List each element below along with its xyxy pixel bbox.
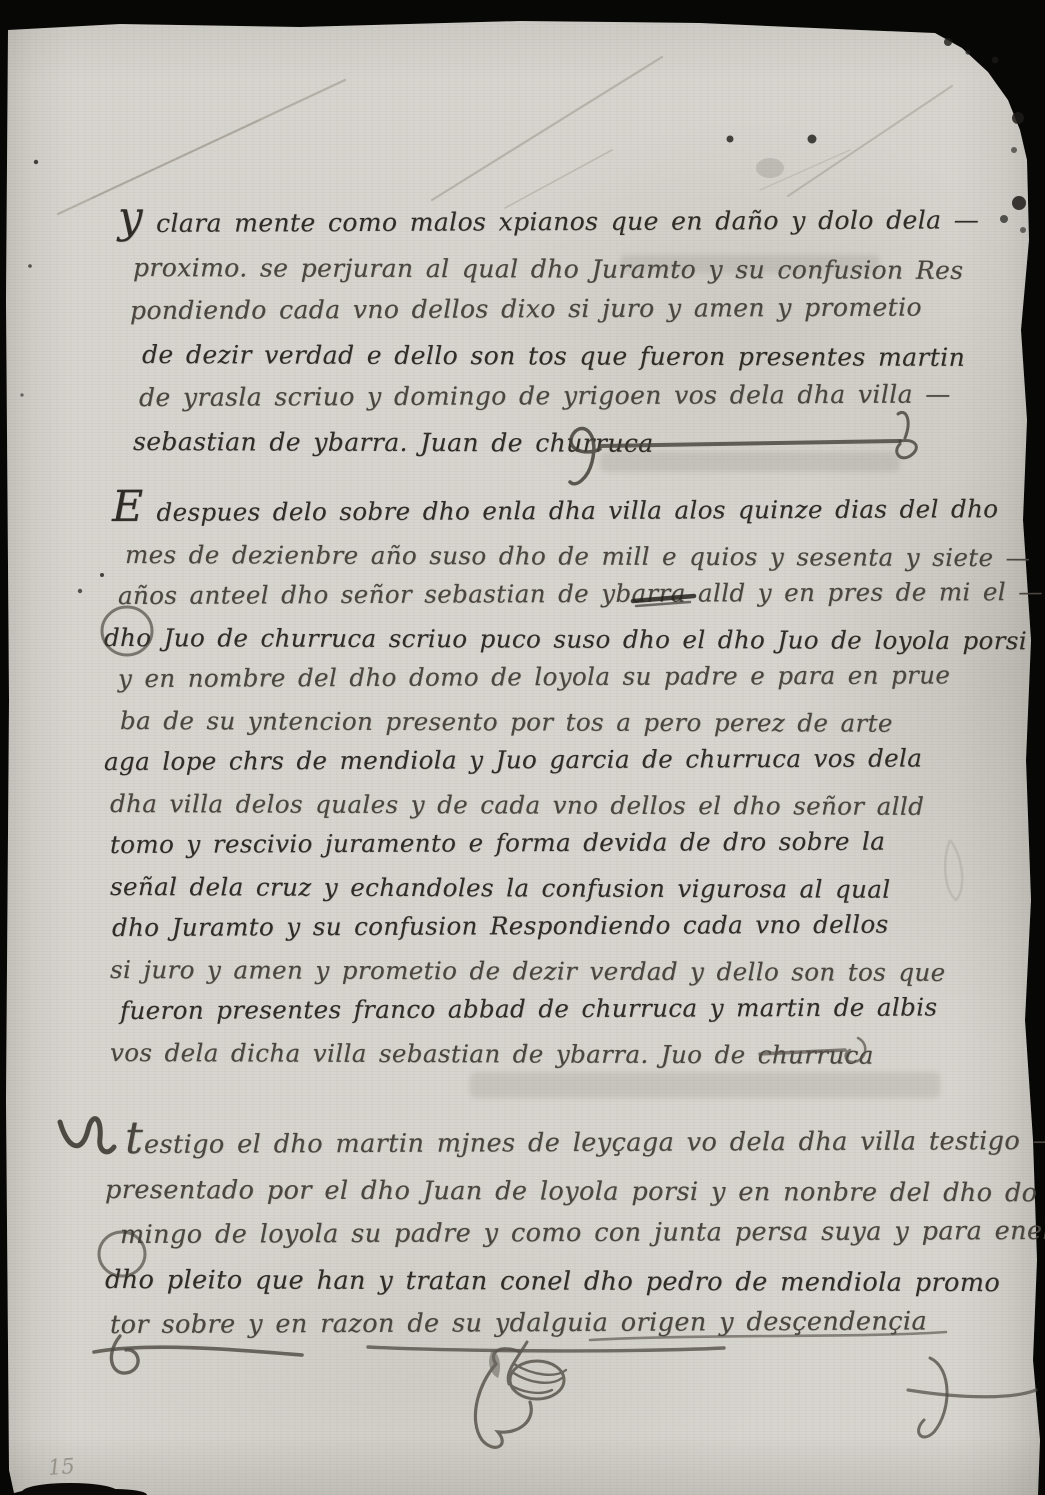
manuscript-line: dho Juramto y su confusion Respondiendo … [112,903,1043,949]
manuscript-line: pondiendo cada vno dellos dixo si juro y… [130,285,979,332]
manuscript-line: de yrasla scriuo y domingo de yrigoen vo… [139,372,979,419]
paragraph-1: y clara mente como malos xpianos que en … [126,196,979,463]
manuscript-line: aga lope chrs de mendiola y Juo garcia d… [104,737,1043,783]
manuscript-line: fueron presentes franco abbad de churruc… [120,986,1043,1032]
paragraph-3: testigo el dho martin mjnes de leyçaga v… [100,1116,1045,1348]
folio-number: 15 [47,1454,75,1480]
manuscript-line: años anteel dho señor sebastian de ybarr… [118,571,1043,617]
manuscript-line: sebastian de ybarra. Juan de churruca [133,420,979,466]
manuscript-line: E despues delo sobre dho enla dha villa … [112,483,1043,534]
manuscript-line: vos dela dicha villa sebastian de ybarra… [110,1032,1043,1077]
manuscript-line: tor sobre y en razon de su ydalguia orig… [110,1299,1045,1348]
manuscript-line: y clara mente como malos xpianos que en … [118,192,979,245]
manuscript-line: y en nombre del dho domo de loyola su pa… [118,654,1043,700]
manuscript-line: testigo el dho martin mjnes de leyçaga v… [125,1112,1045,1168]
manuscript-line: mingo de loyola su padre y como con junt… [120,1209,1045,1258]
manuscript-line: tomo y rescivio juramento e forma devida… [110,820,1043,866]
scan-background: { "page": { "folio_number": "15", "color… [0,0,1045,1495]
paragraph-2: E despues delo sobre dho enla dha villa … [104,487,1043,1073]
